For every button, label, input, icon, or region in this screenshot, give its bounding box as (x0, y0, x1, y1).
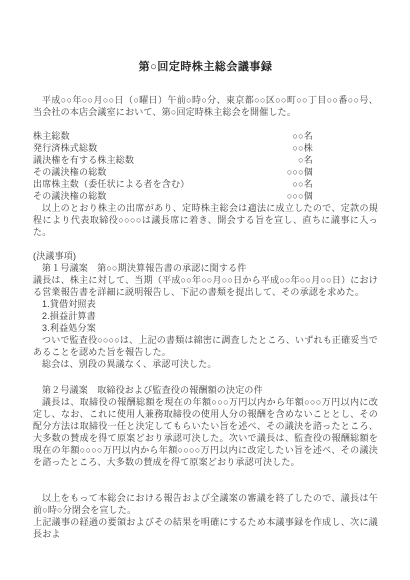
attendance-row: 議決権を有する株主総数 ○名 (33, 154, 313, 166)
proposal-1-document-list: 1.貸借対照表 2.損益計算書 3.利益処分案 (33, 298, 378, 334)
attendance-value: ○○株 (293, 142, 313, 154)
attendance-label: その議決権の総数 (33, 190, 107, 202)
attendance-value: ○○名 (293, 178, 313, 190)
attendance-row: その議決権の総数 ○○○個 (33, 190, 313, 202)
attendance-label: 出席株主数（委任状による者を含む） (33, 178, 189, 190)
attendance-value: ○○名 (293, 130, 313, 142)
attendance-label: その議決権の総数 (33, 166, 107, 178)
attendance-row: その議決権の総数 ○○○個 (33, 166, 313, 178)
intro-paragraph: 平成○○年○○月○○日（○曜日）午前○時○分、東京都○○区○○町○○丁目○○番○… (33, 94, 378, 118)
attendance-label: 株主総数 (33, 130, 70, 142)
list-item: 2.損益計算書 (33, 310, 378, 322)
attendance-label: 発行済株式総数 (33, 142, 97, 154)
attendance-value: ○名 (298, 154, 313, 166)
proposal-2-body: 議長は、取締役の報酬総額を現在の年額○○○万円以内から年額○○○万円以内に改定し… (33, 396, 378, 468)
attendance-label: 議決権を有する株主総数 (33, 154, 134, 166)
proposal-1-heading: 第１号議案 第○○期決算報告書の承認に関する件 (33, 262, 378, 274)
proposal-1-body: 議長は、株主に対して、当期（平成○○年○○月○○日から平成○○年○○月○○日）に… (33, 274, 378, 298)
opening-paragraph: 以上のとおり株主の出席があり、定時株主総会は適法に成立したので、定款の規程により… (33, 202, 378, 238)
list-item: 1.貸借対照表 (33, 298, 378, 310)
document-title: 第○回定時株主総会議事録 (33, 58, 378, 74)
attendance-row: 株主総数 ○○名 (33, 130, 313, 142)
proposal-1-auditor-report: ついで監査役○○○○は、上記の書類は綿密に調査したところ、いずれも正確妥当である… (33, 334, 378, 358)
proposal-2-heading: 第２号議案 取締役および監査役の報酬額の決定の件 (33, 384, 378, 396)
attendance-value: ○○○個 (287, 166, 313, 178)
proposal-1-resolution: 総会は、別段の異議なく、承認可決した。 (33, 358, 378, 370)
attendance-value: ○○○個 (287, 190, 313, 202)
document-page: 第○回定時株主総会議事録 平成○○年○○月○○日（○曜日）午前○時○分、東京都○… (0, 0, 410, 580)
attendance-list: 株主総数 ○○名 発行済株式総数 ○○株 議決権を有する株主総数 ○名 その議決… (33, 130, 313, 202)
attendance-row: 発行済株式総数 ○○株 (33, 142, 313, 154)
attestation-paragraph: 上記議事の経過の要領およびその結果を明確にするため本議事録を作成し、次に議長およ (33, 516, 378, 540)
agenda-section-header: (決議事項) (33, 250, 378, 262)
closing-paragraph: 以上をもって本総会における報告および全議案の審議を終了したので、議長は午前○時○… (33, 492, 378, 516)
list-item: 3.利益処分案 (33, 322, 378, 334)
attendance-row: 出席株主数（委任状による者を含む） ○○名 (33, 178, 313, 190)
